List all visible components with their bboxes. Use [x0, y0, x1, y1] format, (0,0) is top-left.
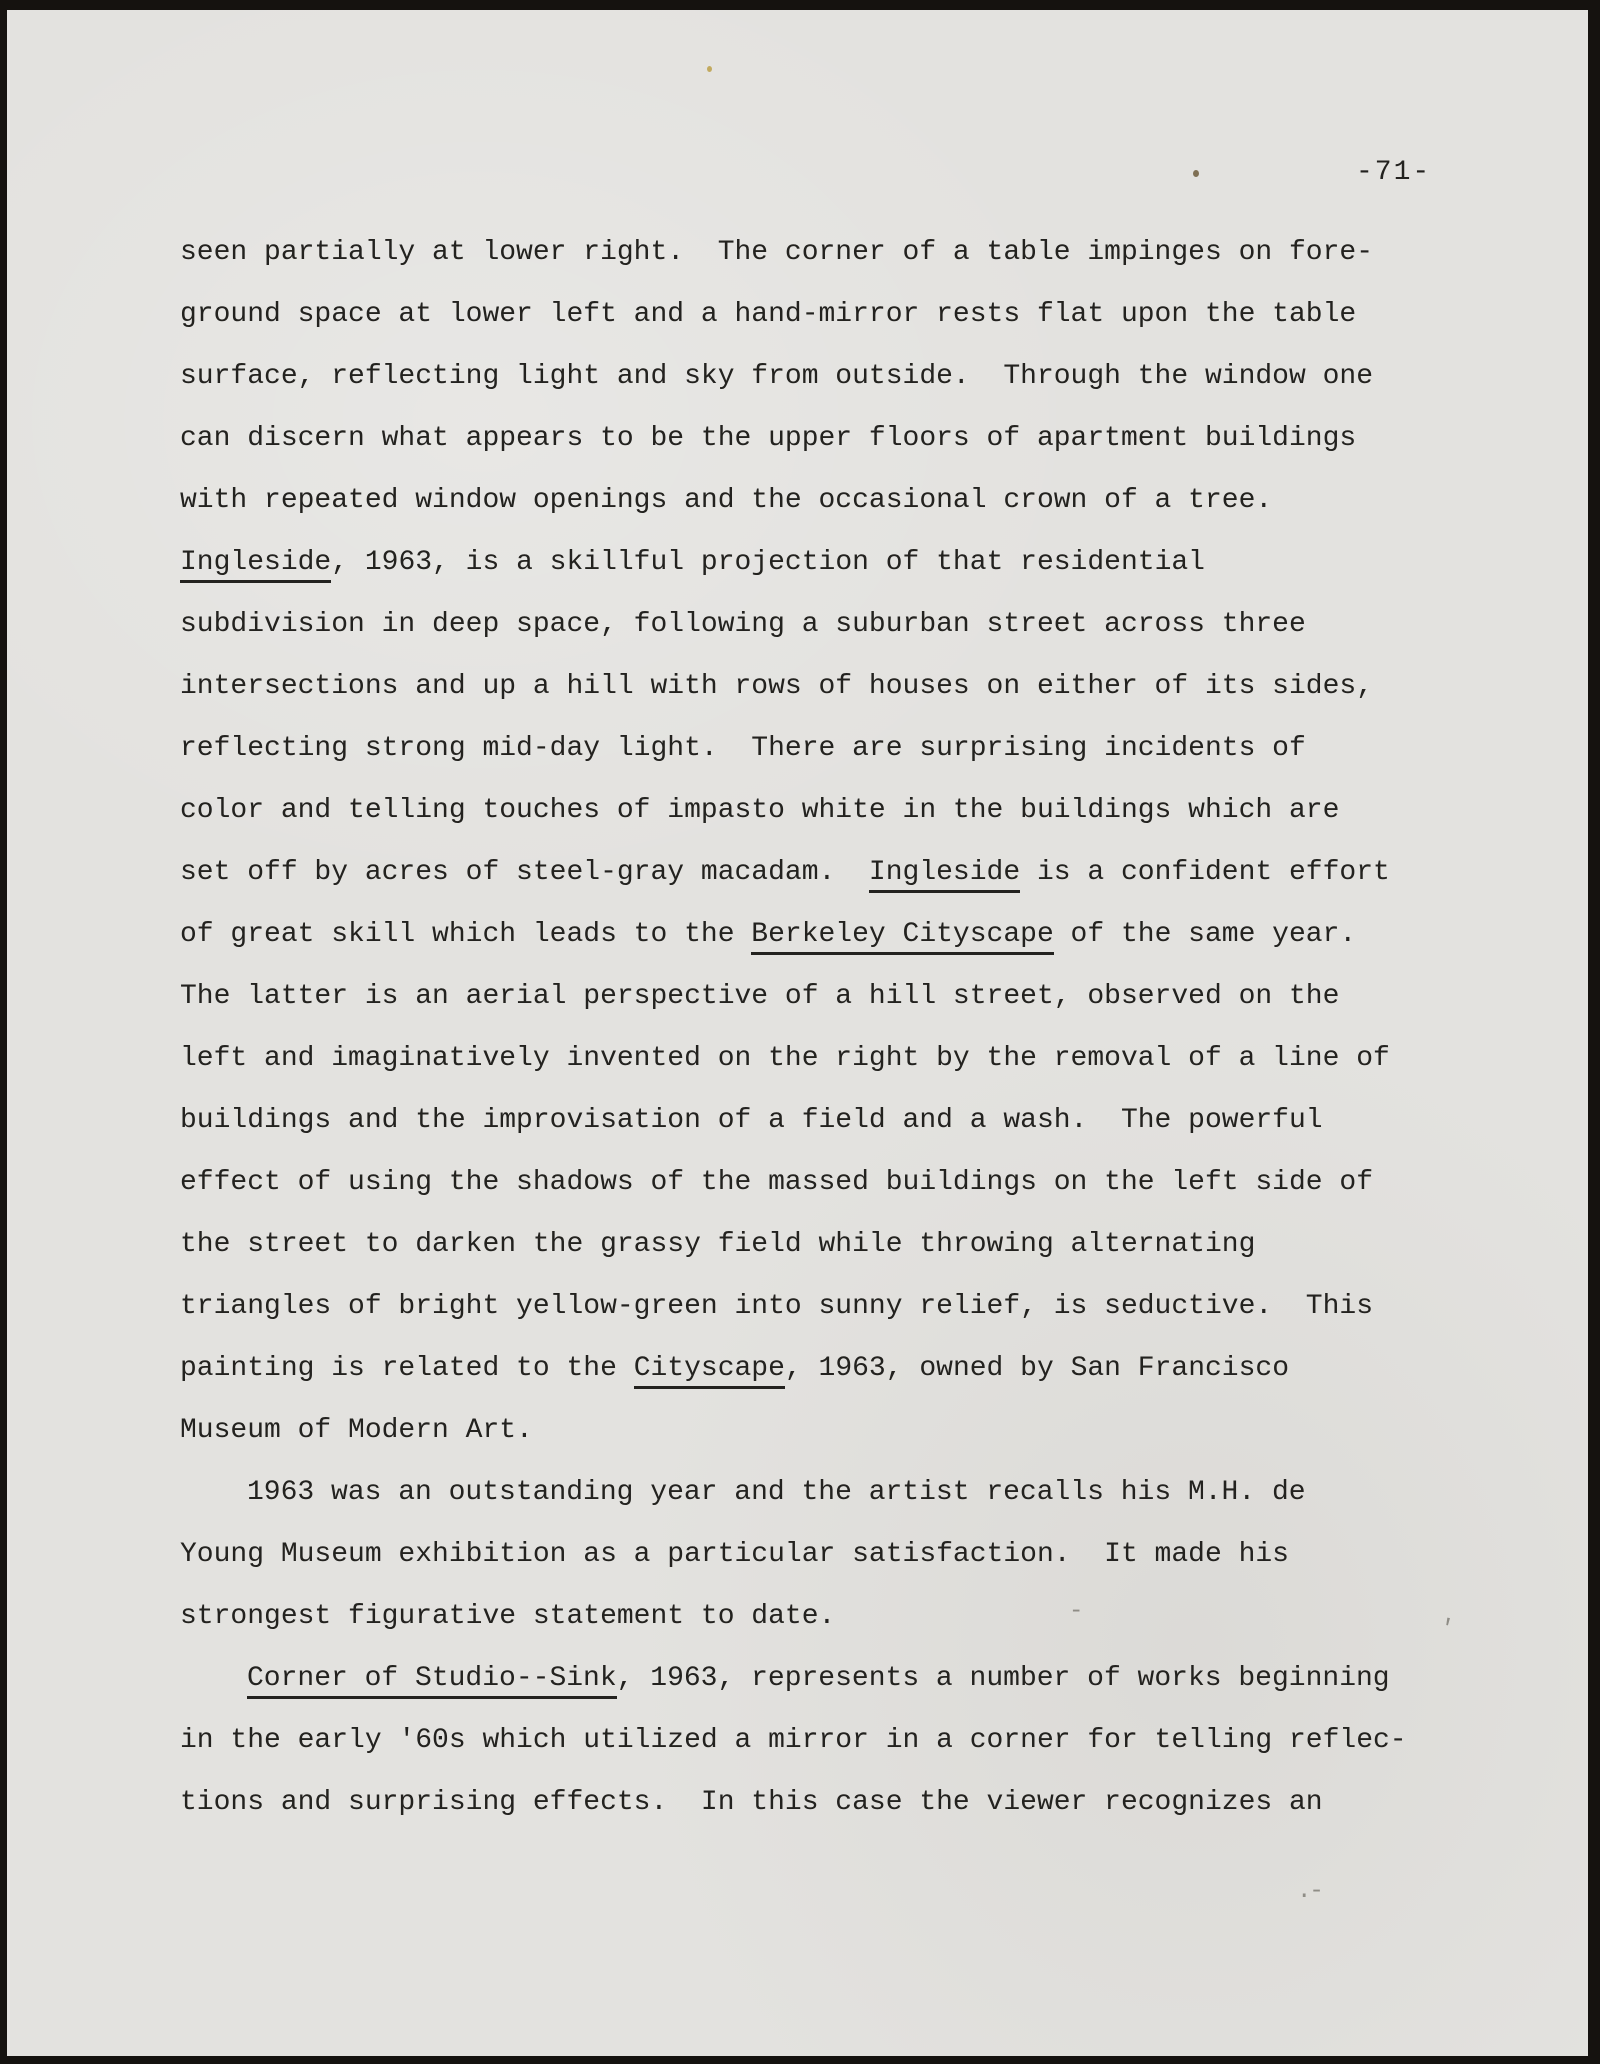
- text-line: of great skill which leads to the Berkel…: [180, 904, 1440, 966]
- text-run: of the same year.: [1054, 919, 1356, 950]
- underlined-title: Berkeley Cityscape: [751, 919, 1053, 955]
- text-run: buildings and the improvisation of a fie…: [180, 1105, 1323, 1136]
- document-body: seen partially at lower right. The corne…: [180, 222, 1440, 1834]
- text-run: subdivision in deep space, following a s…: [180, 609, 1306, 640]
- text-run: of great skill which leads to the: [180, 919, 751, 950]
- text-line: in the early '60s which utilized a mirro…: [180, 1710, 1440, 1772]
- text-run: can discern what appears to be the upper…: [180, 423, 1356, 454]
- text-line: strongest figurative statement to date.: [180, 1586, 1440, 1648]
- text-run: in the early '60s which utilized a mirro…: [180, 1725, 1407, 1756]
- text-line: left and imaginatively invented on the r…: [180, 1028, 1440, 1090]
- text-line: set off by acres of steel-gray macadam. …: [180, 842, 1440, 904]
- text-run: intersections and up a hill with rows of…: [180, 671, 1373, 702]
- text-run: left and imaginatively invented on the r…: [180, 1043, 1390, 1074]
- scan-frame: - ' .- -71- seen partially at lower righ…: [0, 0, 1600, 2064]
- text-run: 1963 was an outstanding year and the art…: [247, 1477, 1306, 1508]
- text-run: tions and surprising effects. In this ca…: [180, 1787, 1323, 1818]
- text-line: The latter is an aerial perspective of a…: [180, 966, 1440, 1028]
- text-run: set off by acres of steel-gray macadam.: [180, 857, 869, 888]
- text-run: seen partially at lower right. The corne…: [180, 237, 1373, 268]
- text-line: can discern what appears to be the upper…: [180, 408, 1440, 470]
- text-run: , 1963, represents a number of works beg…: [617, 1663, 1390, 1694]
- text-run: , 1963, is a skillful projection of that…: [331, 547, 1205, 578]
- text-run: The latter is an aerial perspective of a…: [180, 981, 1339, 1012]
- text-line: the street to darken the grassy field wh…: [180, 1214, 1440, 1276]
- text-line: with repeated window openings and the oc…: [180, 470, 1440, 532]
- text-line: effect of using the shadows of the masse…: [180, 1152, 1440, 1214]
- text-run: , 1963, owned by San Francisco: [785, 1353, 1289, 1384]
- page-number: -71-: [1356, 142, 1431, 204]
- text-run: the street to darken the grassy field wh…: [180, 1229, 1255, 1260]
- text-line: ground space at lower left and a hand-mi…: [180, 284, 1440, 346]
- paper-speck: [707, 66, 712, 72]
- text-line: Museum of Modern Art.: [180, 1400, 1440, 1462]
- text-line: Corner of Studio--Sink, 1963, represents…: [180, 1648, 1440, 1710]
- paper-speck: [1193, 170, 1199, 177]
- text-run: painting is related to the: [180, 1353, 634, 1384]
- text-line: reflecting strong mid-day light. There a…: [180, 718, 1440, 780]
- text-run: strongest figurative statement to date.: [180, 1601, 835, 1632]
- text-run: triangles of bright yellow-green into su…: [180, 1291, 1373, 1322]
- text-line: buildings and the improvisation of a fie…: [180, 1090, 1440, 1152]
- text-run: Museum of Modern Art.: [180, 1415, 533, 1446]
- text-line: 1963 was an outstanding year and the art…: [180, 1462, 1440, 1524]
- page: - ' .- -71- seen partially at lower righ…: [7, 10, 1588, 2056]
- text-run: ground space at lower left and a hand-mi…: [180, 299, 1356, 330]
- text-run: is a confident effort: [1020, 857, 1390, 888]
- underlined-title: Cityscape: [634, 1353, 785, 1389]
- underlined-title: Corner of Studio--Sink: [247, 1663, 617, 1699]
- underlined-title: Ingleside: [869, 857, 1020, 893]
- text-line: intersections and up a hill with rows of…: [180, 656, 1440, 718]
- text-run: color and telling touches of impasto whi…: [180, 795, 1339, 826]
- text-line: subdivision in deep space, following a s…: [180, 594, 1440, 656]
- underlined-title: Ingleside: [180, 547, 331, 583]
- text-line: triangles of bright yellow-green into su…: [180, 1276, 1440, 1338]
- text-line: painting is related to the Cityscape, 19…: [180, 1338, 1440, 1400]
- text-line: color and telling touches of impasto whi…: [180, 780, 1440, 842]
- pencil-mark: .-: [1297, 1878, 1322, 1905]
- text-line: surface, reflecting light and sky from o…: [180, 346, 1440, 408]
- text-run: with repeated window openings and the oc…: [180, 485, 1272, 516]
- text-run: surface, reflecting light and sky from o…: [180, 361, 1373, 392]
- text-run: Young Museum exhibition as a particular …: [180, 1539, 1289, 1570]
- text-line: Young Museum exhibition as a particular …: [180, 1524, 1440, 1586]
- text-line: seen partially at lower right. The corne…: [180, 222, 1440, 284]
- text-line: tions and surprising effects. In this ca…: [180, 1772, 1440, 1834]
- text-run: reflecting strong mid-day light. There a…: [180, 733, 1306, 764]
- text-line: Ingleside, 1963, is a skillful projectio…: [180, 532, 1440, 594]
- text-run: effect of using the shadows of the masse…: [180, 1167, 1373, 1198]
